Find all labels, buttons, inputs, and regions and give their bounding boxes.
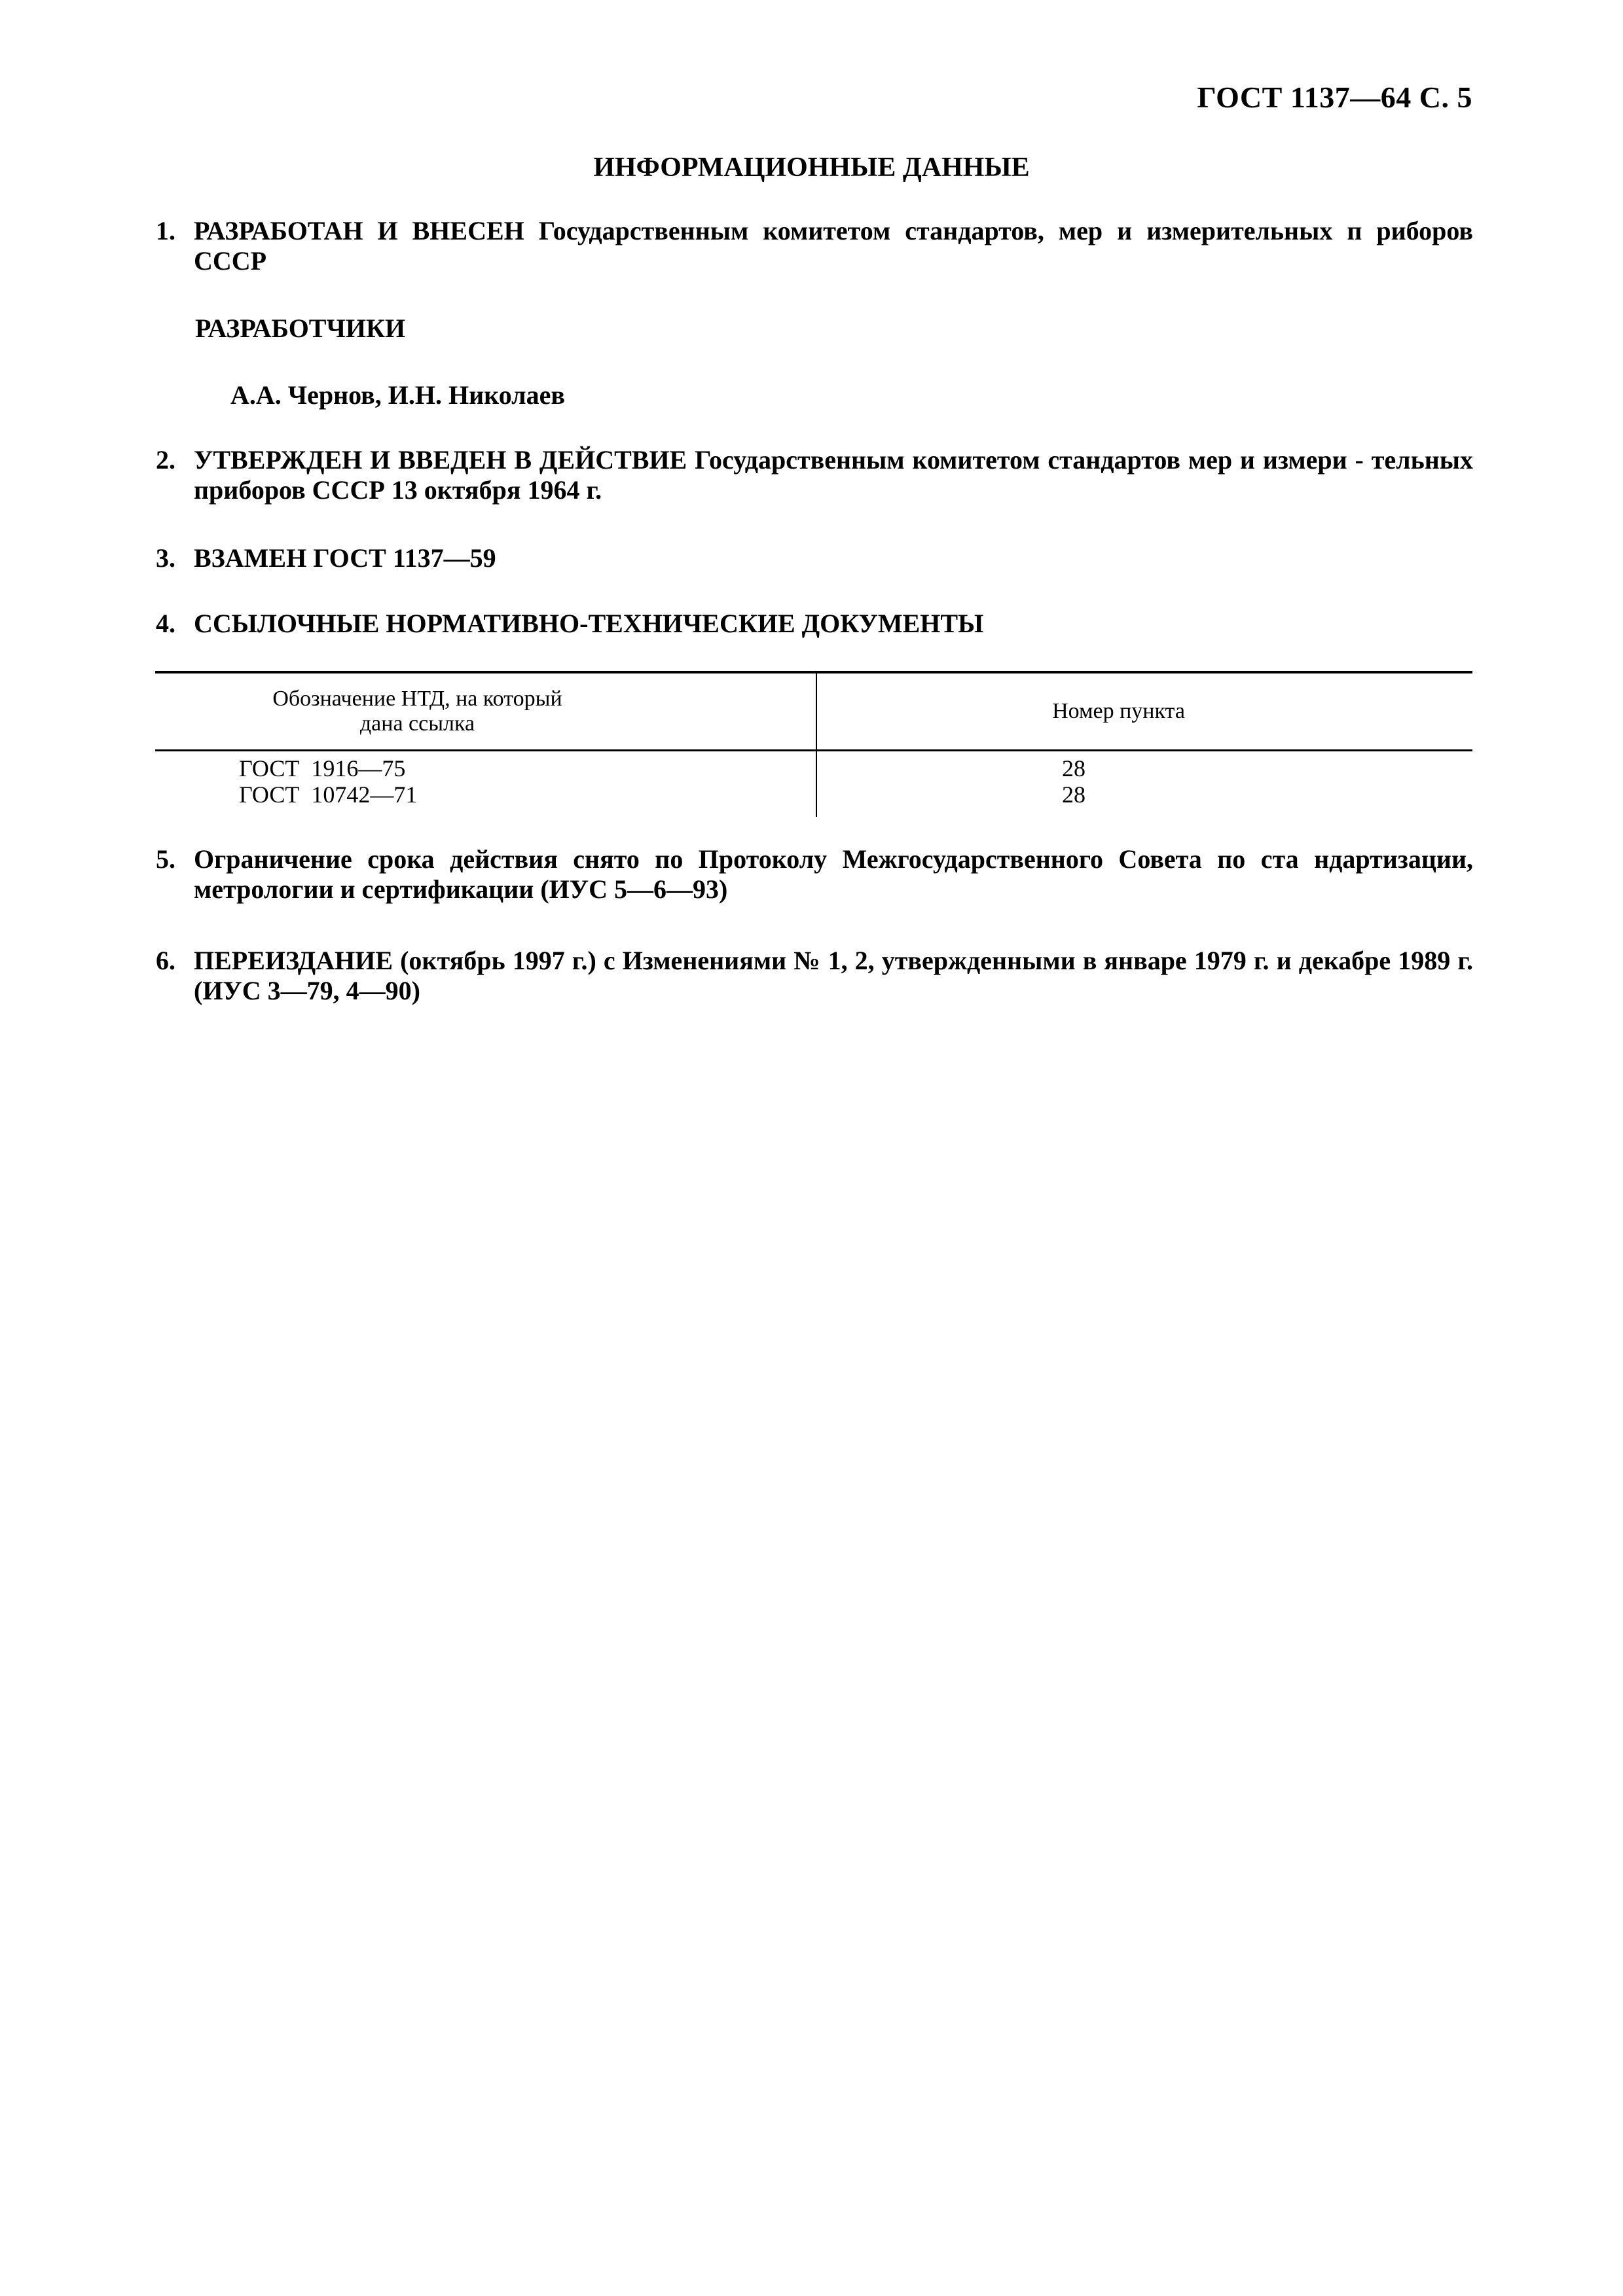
item-body: Ограничение срока действия снято по Прот… [194,844,1473,905]
info-item-6: 6. ПЕРЕИЗДАНИЕ (октябрь 1997 г.) с Измен… [156,946,1473,1006]
info-item-4: 4. ССЫЛОЧНЫЕ НОРМАТИВНО-ТЕХНИЧЕСКИЕ ДОКУ… [156,609,1473,639]
column-header-clause-text: Номер пункта [1052,699,1185,724]
item-body: ВЗАМЕН ГОСТ 1137—59 [194,543,1473,573]
cell-document: ГОСТ 10742—71 [155,781,816,817]
item-number: 3. [156,543,192,573]
item-text: Ограничение срока действия снято по Прот… [194,844,1473,904]
item-body: РАЗРАБОТАН И ВНЕСЕН Государственным коми… [194,216,1473,276]
item-number: 4. [156,609,192,639]
cell-clause: 28 [816,751,1472,782]
reference-documents-table: Обозначение НТД, на который дана ссылка … [155,671,1472,817]
developers-names: А.А. Чернов, И.Н. Николаев [230,380,565,410]
item-number: 5. [156,844,192,874]
info-item-1: 1. РАЗРАБОТАН И ВНЕСЕН Государственным к… [156,216,1473,276]
item-lead: УТВЕРЖДЕН И ВВЕДЕН В ДЕЙСТВИЕ [194,445,695,475]
item-lead: РАЗРАБОТАН И ВНЕСЕН [194,216,539,245]
document-title: ИНФОРМАЦИОННЫЕ ДАННЫЕ [0,152,1623,183]
item-body: ПЕРЕИЗДАНИЕ (октябрь 1997 г.) с Изменени… [194,946,1473,1006]
column-header-clause: Номер пункта [816,672,1472,751]
item-number: 6. [156,946,192,976]
header-line-2: дана ссылка [272,711,562,736]
item-lead: ССЫЛОЧНЫЕ НОРМАТИВНО-ТЕХНИЧЕСКИЕ ДОКУМЕН… [194,609,983,638]
table-row: ГОСТ 10742—71 28 [155,781,1472,817]
cell-clause: 28 [816,781,1472,817]
info-item-3: 3. ВЗАМЕН ГОСТ 1137—59 [156,543,1473,573]
item-number: 1. [156,216,192,246]
item-lead: ВЗАМЕН ГОСТ 1137—59 [194,543,496,573]
info-item-2: 2. УТВЕРЖДЕН И ВВЕДЕН В ДЕЙСТВИЕ Государ… [156,445,1473,505]
table-row: ГОСТ 1916—75 28 [155,751,1472,782]
item-lead: ПЕРЕИЗДАНИЕ [194,946,400,975]
developers-heading: РАЗРАБОТЧИКИ [195,313,405,344]
table-header-row: Обозначение НТД, на который дана ссылка … [155,672,1472,751]
info-item-5: 5. Ограничение срока действия снято по П… [156,844,1473,905]
page-header: ГОСТ 1137—64 С. 5 [1197,80,1472,115]
cell-document: ГОСТ 1916—75 [155,751,816,782]
item-number: 2. [156,445,192,475]
item-body: ССЫЛОЧНЫЕ НОРМАТИВНО-ТЕХНИЧЕСКИЕ ДОКУМЕН… [194,609,1473,639]
item-body: УТВЕРЖДЕН И ВВЕДЕН В ДЕЙСТВИЕ Государств… [194,445,1473,505]
column-header-document-text: Обозначение НТД, на который дана ссылка [306,687,596,736]
column-header-document: Обозначение НТД, на который дана ссылка [155,672,816,751]
header-line-1: Обозначение НТД, на который [272,687,562,711]
